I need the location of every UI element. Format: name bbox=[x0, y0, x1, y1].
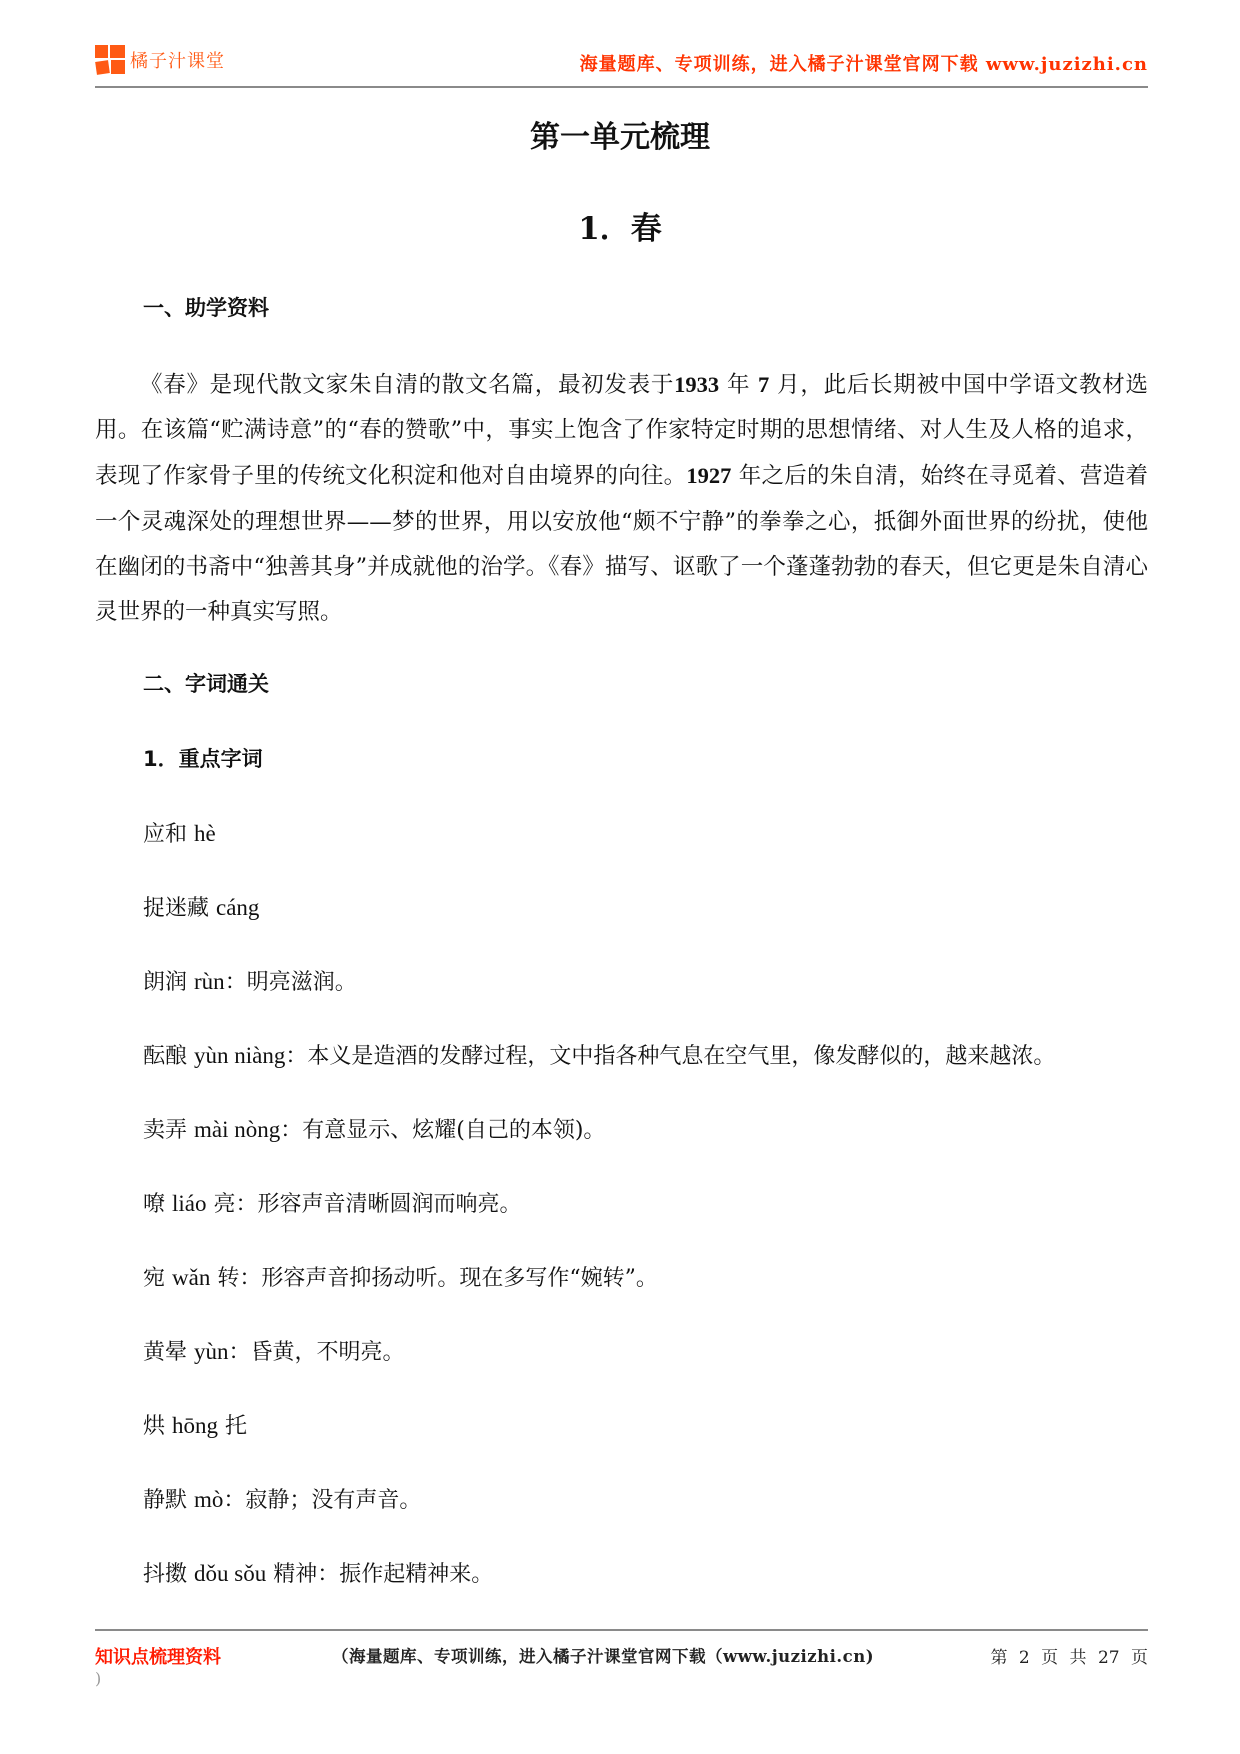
vocab-word: 应和 bbox=[143, 822, 187, 847]
vocab-word: 宛 bbox=[143, 1266, 165, 1291]
paragraph-text: 《春》是现代散文家朱自清的散文名篇，最初发表于 bbox=[140, 372, 674, 398]
footer-paren: ) bbox=[95, 1669, 101, 1688]
vocab-pinyin: hè bbox=[194, 821, 216, 846]
vocab-definition: 托 bbox=[225, 1414, 247, 1439]
vocab-item: 嘹 liáo 亮：形容声音清晰圆润而响亮。 bbox=[143, 1187, 522, 1218]
vocab-pinyin: rùn bbox=[194, 969, 225, 994]
vocab-word: 朗润 bbox=[143, 970, 187, 995]
logo-squares-icon bbox=[95, 45, 125, 75]
vocab-pinyin: mài nòng bbox=[194, 1117, 280, 1142]
vocab-word: 烘 bbox=[143, 1414, 165, 1439]
brand-logo: 橘子汁课堂 bbox=[95, 45, 225, 75]
vocab-definition: 转：形容声音抑扬动听。现在多写作“婉转”。 bbox=[217, 1266, 658, 1291]
year-1933: 1933 bbox=[674, 372, 719, 397]
vocab-pinyin: mò bbox=[194, 1487, 223, 1512]
vocab-word: 酝酿 bbox=[143, 1044, 187, 1069]
vocab-item: 静默 mò：寂静；没有声音。 bbox=[143, 1483, 421, 1514]
page-number: 第 2 页 共 27 页 bbox=[991, 1643, 1148, 1668]
vocab-pinyin: hōng bbox=[172, 1413, 218, 1438]
vocab-pinyin: cáng bbox=[216, 895, 259, 920]
year-1927: 1927 bbox=[686, 463, 731, 488]
vocab-word: 卖弄 bbox=[143, 1118, 187, 1143]
vocab-word: 静默 bbox=[143, 1488, 187, 1513]
month-7: 7 bbox=[758, 372, 769, 397]
vocab-pinyin: wǎn bbox=[172, 1265, 210, 1290]
page-footer: 知识点梳理资料 ) （海量题库、专项训练，进入橘子汁课堂官网下载（www.juz… bbox=[95, 1629, 1148, 1691]
vocab-definition: 精神：振作起精神来。 bbox=[273, 1562, 493, 1587]
vocab-definition: ：昏黄，不明亮。 bbox=[229, 1340, 405, 1365]
subheading-key-words: 1．重点字词 bbox=[143, 743, 263, 773]
vocab-definition: ：有意显示、炫耀(自己的本领)。 bbox=[280, 1118, 605, 1143]
vocab-item: 抖擞 dǒu sǒu 精神：振作起精神来。 bbox=[143, 1557, 493, 1588]
paragraph-text: 年 bbox=[727, 372, 750, 398]
vocab-item: 黄晕 yùn：昏黄，不明亮。 bbox=[143, 1335, 405, 1366]
vocab-pinyin: yùn bbox=[194, 1339, 229, 1364]
vocab-definition: ：本义是造酒的发酵过程，文中指各种气息在空气里，像发酵似的，越来越浓。 bbox=[285, 1044, 1055, 1069]
vocab-pinyin: yùn niàng bbox=[194, 1043, 285, 1068]
brand-name: 橘子汁课堂 bbox=[130, 47, 225, 73]
header-slogan: 海量题库、专项训练，进入橘子汁课堂官网下载 www.juzizhi.cn bbox=[580, 50, 1148, 76]
vocab-definition: ：明亮滋润。 bbox=[225, 970, 357, 995]
footer-slogan: （海量题库、专项训练，进入橘子汁课堂官网下载（www.juzizhi.cn) bbox=[332, 1643, 874, 1667]
vocab-pinyin: dǒu sǒu bbox=[194, 1561, 266, 1586]
vocab-word: 嘹 bbox=[143, 1192, 165, 1217]
vocab-item: 应和 hè bbox=[143, 817, 216, 848]
vocab-word: 抖擞 bbox=[143, 1562, 187, 1587]
footer-doc-type: 知识点梳理资料 bbox=[95, 1643, 221, 1669]
vocab-pinyin: liáo bbox=[172, 1191, 207, 1216]
vocab-item: 酝酿 yùn niàng：本义是造酒的发酵过程，文中指各种气息在空气里，像发酵似… bbox=[143, 1039, 1055, 1070]
vocab-item: 卖弄 mài nòng：有意显示、炫耀(自己的本领)。 bbox=[143, 1113, 605, 1144]
lesson-title: 1．春 bbox=[0, 203, 1240, 248]
vocab-item: 宛 wǎn 转：形容声音抑扬动听。现在多写作“婉转”。 bbox=[143, 1261, 658, 1292]
study-materials-paragraph: 《春》是现代散文家朱自清的散文名篇，最初发表于1933 年 7 月，此后长期被中… bbox=[95, 362, 1148, 635]
vocab-word: 黄晕 bbox=[143, 1340, 187, 1365]
page-header: 橘子汁课堂 海量题库、专项训练，进入橘子汁课堂官网下载 www.juzizhi.… bbox=[95, 40, 1148, 88]
vocab-definition: 亮：形容声音清晰圆润而响亮。 bbox=[214, 1192, 522, 1217]
vocab-definition: ：寂静；没有声音。 bbox=[223, 1488, 421, 1513]
section-heading-vocabulary: 二、字词通关 bbox=[143, 668, 269, 698]
section-heading-study-materials: 一、助学资料 bbox=[143, 292, 269, 322]
vocab-item: 捉迷藏 cáng bbox=[143, 891, 259, 922]
vocab-word: 捉迷藏 bbox=[143, 896, 209, 921]
vocab-item: 烘 hōng 托 bbox=[143, 1409, 247, 1440]
document-title: 第一单元梳理 bbox=[0, 112, 1240, 156]
vocab-item: 朗润 rùn：明亮滋润。 bbox=[143, 965, 357, 996]
